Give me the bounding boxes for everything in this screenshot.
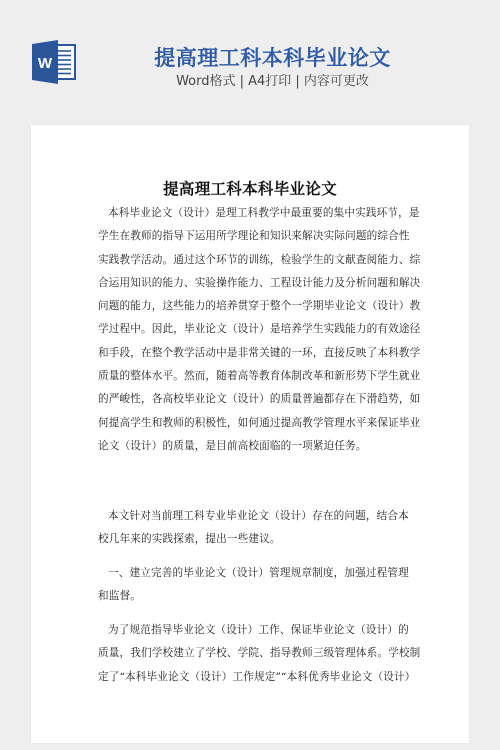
text-line: 学过程中。因此，毕业论文（设计）是培养学生实践能力的有效途径 bbox=[98, 318, 404, 341]
text-line: 和监督。 bbox=[98, 585, 404, 608]
text-line: 一、建立完善的毕业论文（设计）管理规章制度，加强过程管理 bbox=[98, 562, 404, 585]
paragraph-section-one: 一、建立完善的毕业论文（设计）管理规章制度，加强过程管理 和监督。 bbox=[98, 562, 404, 609]
text-line: 定了“本科毕业论文（设计）工作规定”“本科优秀毕业论文（设计） bbox=[98, 666, 404, 689]
paragraph-management: 为了规范指导毕业论文（设计）工作、保证毕业论文（设计）的 质量，我们学校建立了学… bbox=[98, 619, 404, 689]
paragraph-scope: 本文针对当前理工科专业毕业论文（设计）存在的问题，结合本 校几年来的实践探索，提… bbox=[98, 505, 404, 552]
text-line: 学生在教师的指导下运用所学理论和知识来解决实际问题的综合性 bbox=[98, 225, 404, 248]
banner-title: 提高理工科本科毕业论文 bbox=[150, 45, 395, 71]
text-line: 和手段，在整个教学活动中是非常关键的一环，直接反映了本科教学 bbox=[98, 342, 404, 365]
text-line: 实践教学活动。通过这个环节的训练，检验学生的文献查阅能力、综 bbox=[98, 249, 404, 272]
word-document-icon: W bbox=[31, 40, 77, 84]
text-line: 合运用知识的能力、实验操作能力、工程设计能力及分析问题和解决 bbox=[98, 272, 404, 295]
svg-text:W: W bbox=[38, 55, 53, 72]
header-banner: W 提高理工科本科毕业论文 Word格式 | A4打印 | 内容可更改 bbox=[0, 0, 500, 120]
text-line: 本科毕业论文（设计）是理工科教学中最重要的集中实践环节，是 bbox=[98, 202, 404, 225]
text-line: 质量的整体水平。然而，随着高等教育体制改革和新形势下学生就业 bbox=[98, 365, 404, 388]
text-line: 为了规范指导毕业论文（设计）工作、保证毕业论文（设计）的 bbox=[98, 619, 404, 642]
text-line: 校几年来的实践探索，提出一些建议。 bbox=[98, 528, 404, 551]
banner-subtitle: Word格式 | A4打印 | 内容可更改 bbox=[150, 73, 395, 91]
text-line: 的严峻性，各高校毕业论文（设计）的质量普遍都存在下滑趋势，如 bbox=[98, 388, 404, 411]
document-page: 提高理工科本科毕业论文 本科毕业论文（设计）是理工科教学中最重要的集中实践环节，… bbox=[31, 125, 469, 743]
paragraph-intro: 本科毕业论文（设计）是理工科教学中最重要的集中实践环节，是 学生在教师的指导下运… bbox=[98, 202, 404, 458]
document-title: 提高理工科本科毕业论文 bbox=[31, 178, 469, 200]
text-line: 问题的能力，这些能力的培养贯穿于整个一学期毕业论文（设计）教 bbox=[98, 295, 404, 318]
text-line: 何提高学生和教师的积极性，如何通过提高教学管理水平来保证毕业 bbox=[98, 412, 404, 435]
text-line: 质量，我们学校建立了学校、学院、指导教师三级管理体系。学校制 bbox=[98, 642, 404, 665]
text-line: 论文（设计）的质量，是目前高校面临的一项紧迫任务。 bbox=[98, 435, 404, 458]
text-line: 本文针对当前理工科专业毕业论文（设计）存在的问题，结合本 bbox=[98, 505, 404, 528]
